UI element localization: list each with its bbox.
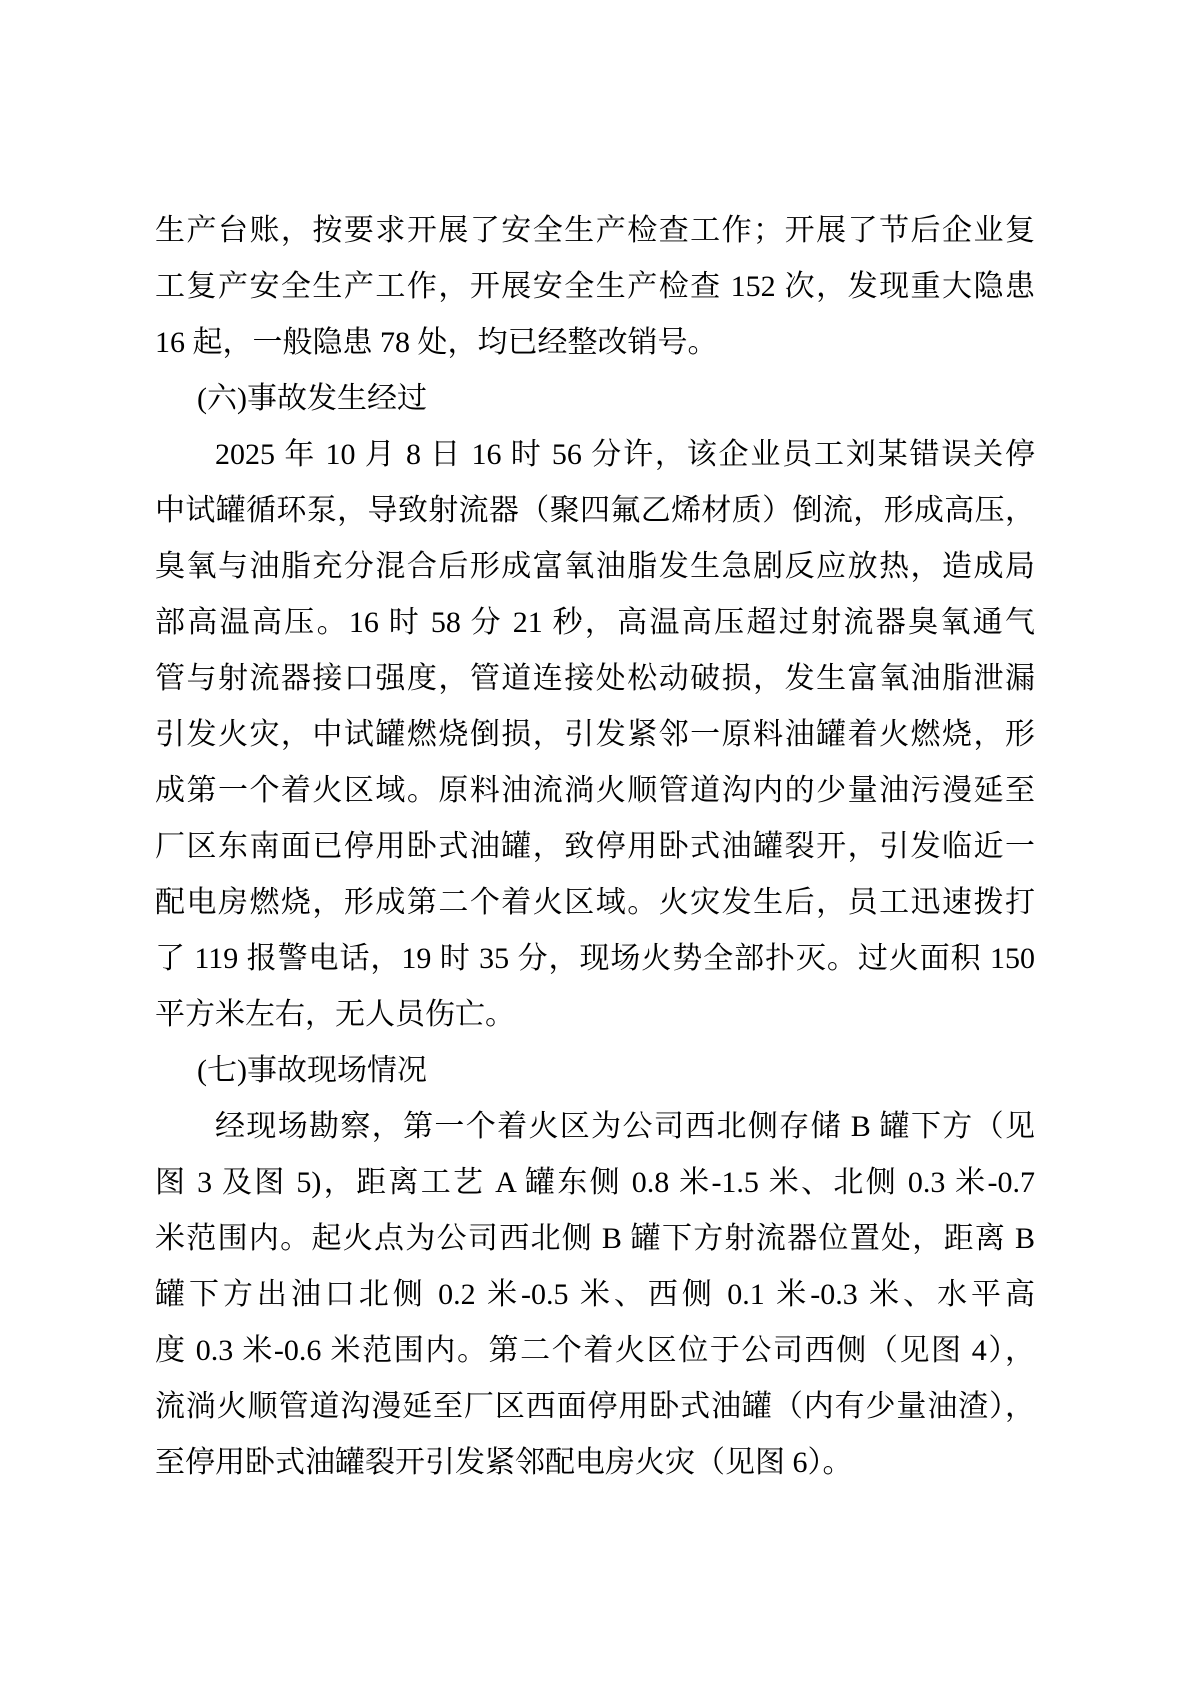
paragraph-safety-inspection: 生产台账，按要求开展了安全生产检查工作；开展了节后企业复 工复产安全生产工作，开… <box>155 203 1035 371</box>
text-line: 厂区东南面已停用卧式油罐，致停用卧式油罐裂开，引发临近一 <box>155 819 1035 875</box>
document-body: 生产台账，按要求开展了安全生产检查工作；开展了节后企业复 工复产安全生产工作，开… <box>155 203 1035 1491</box>
text-line: 生产台账，按要求开展了安全生产检查工作；开展了节后企业复 <box>155 203 1035 259</box>
paragraph-scene-situation: 经现场勘察，第一个着火区为公司西北侧存储 B 罐下方（见 图 3 及图 5)，距… <box>155 1099 1035 1491</box>
text-line: 罐下方出油口北侧 0.2 米-0.5 米、西侧 0.1 米-0.3 米、水平高 <box>155 1267 1035 1323</box>
paragraph-accident-course: 2025 年 10 月 8 日 16 时 56 分许，该企业员工刘某错误关停 中… <box>155 427 1035 1043</box>
document-page: 生产台账，按要求开展了安全生产检查工作；开展了节后企业复 工复产安全生产工作，开… <box>0 0 1190 1683</box>
text-line: 米范围内。起火点为公司西北侧 B 罐下方射流器位置处，距离 B <box>155 1211 1035 1267</box>
text-line: 经现场勘察，第一个着火区为公司西北侧存储 B 罐下方（见 <box>155 1099 1035 1155</box>
text-line: 工复产安全生产工作，开展安全生产检查 152 次，发现重大隐患 <box>155 259 1035 315</box>
text-line: 至停用卧式油罐裂开引发紧邻配电房火灾（见图 6）。 <box>155 1435 1035 1491</box>
text-line: 了 119 报警电话，19 时 35 分，现场火势全部扑灭。过火面积 150 <box>155 931 1035 987</box>
text-line: 中试罐循环泵，导致射流器（聚四氟乙烯材质）倒流，形成高压， <box>155 483 1035 539</box>
text-line: 配电房燃烧，形成第二个着火区域。火灾发生后，员工迅速拨打 <box>155 875 1035 931</box>
text-line: 16 起，一般隐患 78 处，均已经整改销号。 <box>155 315 1035 371</box>
text-line: 引发火灾，中试罐燃烧倒损，引发紧邻一原料油罐着火燃烧，形 <box>155 707 1035 763</box>
text-line: 部高温高压。16 时 58 分 21 秒，高温高压超过射流器臭氧通气 <box>155 595 1035 651</box>
text-line: 臭氧与油脂充分混合后形成富氧油脂发生急剧反应放热，造成局 <box>155 539 1035 595</box>
section-heading-accident-course: (六)事故发生经过 <box>155 371 1035 427</box>
text-line: 流淌火顺管道沟漫延至厂区西面停用卧式油罐（内有少量油渣）， <box>155 1379 1035 1435</box>
text-line: 平方米左右，无人员伤亡。 <box>155 987 1035 1043</box>
text-line: 管与射流器接口强度，管道连接处松动破损，发生富氧油脂泄漏 <box>155 651 1035 707</box>
section-heading-scene-situation: (七)事故现场情况 <box>155 1043 1035 1099</box>
text-line: 图 3 及图 5)，距离工艺 A 罐东侧 0.8 米-1.5 米、北侧 0.3 … <box>155 1155 1035 1211</box>
text-line: 度 0.3 米-0.6 米范围内。第二个着火区位于公司西侧（见图 4）， <box>155 1323 1035 1379</box>
text-line: 2025 年 10 月 8 日 16 时 56 分许，该企业员工刘某错误关停 <box>155 427 1035 483</box>
text-line: 成第一个着火区域。原料油流淌火顺管道沟内的少量油污漫延至 <box>155 763 1035 819</box>
